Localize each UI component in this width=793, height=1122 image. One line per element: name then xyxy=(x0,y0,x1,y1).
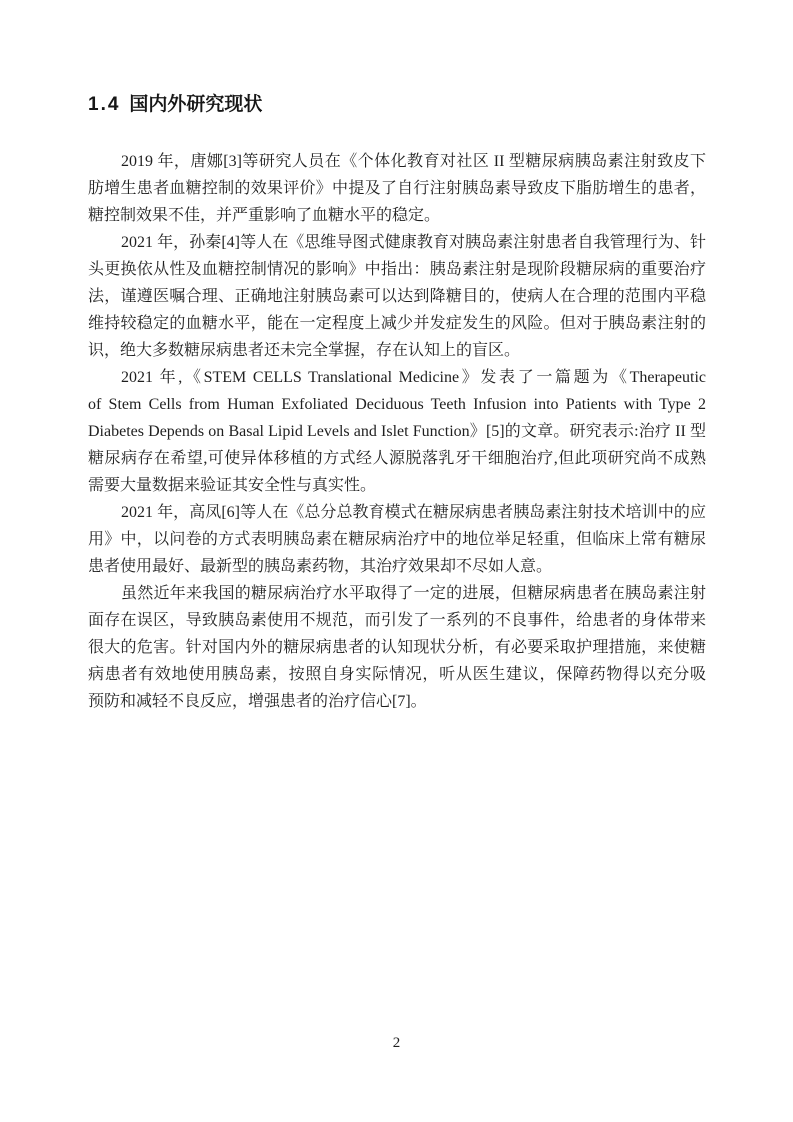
text-line: 2021 年，孙秦[4]等人在《思维导图式健康教育对胰岛素注射患者自我管理行为、… xyxy=(88,229,706,256)
text-line: 虽然近年来我国的糖尿病治疗水平取得了一定的进展，但糖尿病患者在胰岛素注射方 xyxy=(88,580,706,607)
section-heading: 1.4国内外研究现状 xyxy=(88,93,706,117)
text-line: 法，谨遵医嘱合理、正确地注射胰岛素可以达到降糖目的，使病人在合理的范围内平稳地 xyxy=(88,283,706,310)
text-line: 糖尿病存在希望,可使异体移植的方式经人源脱落乳牙干细胞治疗,但此项研究尚不成熟 xyxy=(88,445,706,472)
text-line: 用》中，以问卷的方式表明胰岛素在糖尿病治疗中的地位举足轻重，但临床上常有糖尿病 xyxy=(88,526,706,553)
section-title: 国内外研究现状 xyxy=(129,94,262,115)
text-line: 2021 年，高凤[6]等人在《总分总教育模式在糖尿病患者胰岛素注射技术培训中的… xyxy=(88,499,706,526)
text-line: 2021 年,《STEM CELLS Translational Medicin… xyxy=(88,364,706,391)
text-line: 病患者有效地使用胰岛素，按照自身实际情况，听从医生建议，保障药物得以充分吸收， xyxy=(88,661,706,688)
text-line: 很大的危害。针对国内外的糖尿病患者的认知现状分析，有必要采取护理措施，来使糖尿 xyxy=(88,634,706,661)
text-line: 患者使用最好、最新型的胰岛素药物，其治疗效果却不尽如人意。 xyxy=(88,553,706,580)
text-line: 识，绝大多数糖尿病患者还未完全掌握，存在认知上的盲区。 xyxy=(88,337,706,364)
document-content: 1.4国内外研究现状 2019 年，唐娜[3]等研究人员在《个体化教育对社区 I… xyxy=(88,93,706,715)
text-line: 2019 年，唐娜[3]等研究人员在《个体化教育对社区 II 型糖尿病胰岛素注射… xyxy=(88,148,706,175)
paragraph-3: 2021 年,《STEM CELLS Translational Medicin… xyxy=(88,364,706,499)
text-line: 需要大量数据来验证其安全性与真实性。 xyxy=(88,472,706,499)
text-line: 面存在误区，导致胰岛素使用不规范，而引发了一系列的不良事件，给患者的身体带来了 xyxy=(88,607,706,634)
text-line: 糖控制效果不佳，并严重影响了血糖水平的稳定。 xyxy=(88,202,706,229)
text-line: 头更换依从性及血糖控制情况的影响》中指出：胰岛素注射是现阶段糖尿病的重要治疗方 xyxy=(88,256,706,283)
section-number: 1.4 xyxy=(88,94,120,115)
text-line: of Stem Cells from Human Exfoliated Deci… xyxy=(88,391,706,418)
text-line: Diabetes Depends on Basal Lipid Levels a… xyxy=(88,418,706,445)
document-page: 1.4国内外研究现状 2019 年，唐娜[3]等研究人员在《个体化教育对社区 I… xyxy=(0,0,793,1122)
text-line: 维持较稳定的血糖水平，能在一定程度上减少并发症发生的风险。但对于胰岛素注射的知 xyxy=(88,310,706,337)
paragraph-2: 2021 年，孙秦[4]等人在《思维导图式健康教育对胰岛素注射患者自我管理行为、… xyxy=(88,229,706,364)
page-number: 2 xyxy=(0,1033,793,1053)
text-line: 肪增生患者血糖控制的效果评价》中提及了自行注射胰岛素导致皮下脂肪增生的患者，血 xyxy=(88,175,706,202)
paragraph-5: 虽然近年来我国的糖尿病治疗水平取得了一定的进展，但糖尿病患者在胰岛素注射方 面存… xyxy=(88,580,706,715)
paragraph-4: 2021 年，高凤[6]等人在《总分总教育模式在糖尿病患者胰岛素注射技术培训中的… xyxy=(88,499,706,580)
paragraph-1: 2019 年，唐娜[3]等研究人员在《个体化教育对社区 II 型糖尿病胰岛素注射… xyxy=(88,148,706,229)
text-line: 预防和减轻不良反应，增强患者的治疗信心[7]。 xyxy=(88,688,706,715)
